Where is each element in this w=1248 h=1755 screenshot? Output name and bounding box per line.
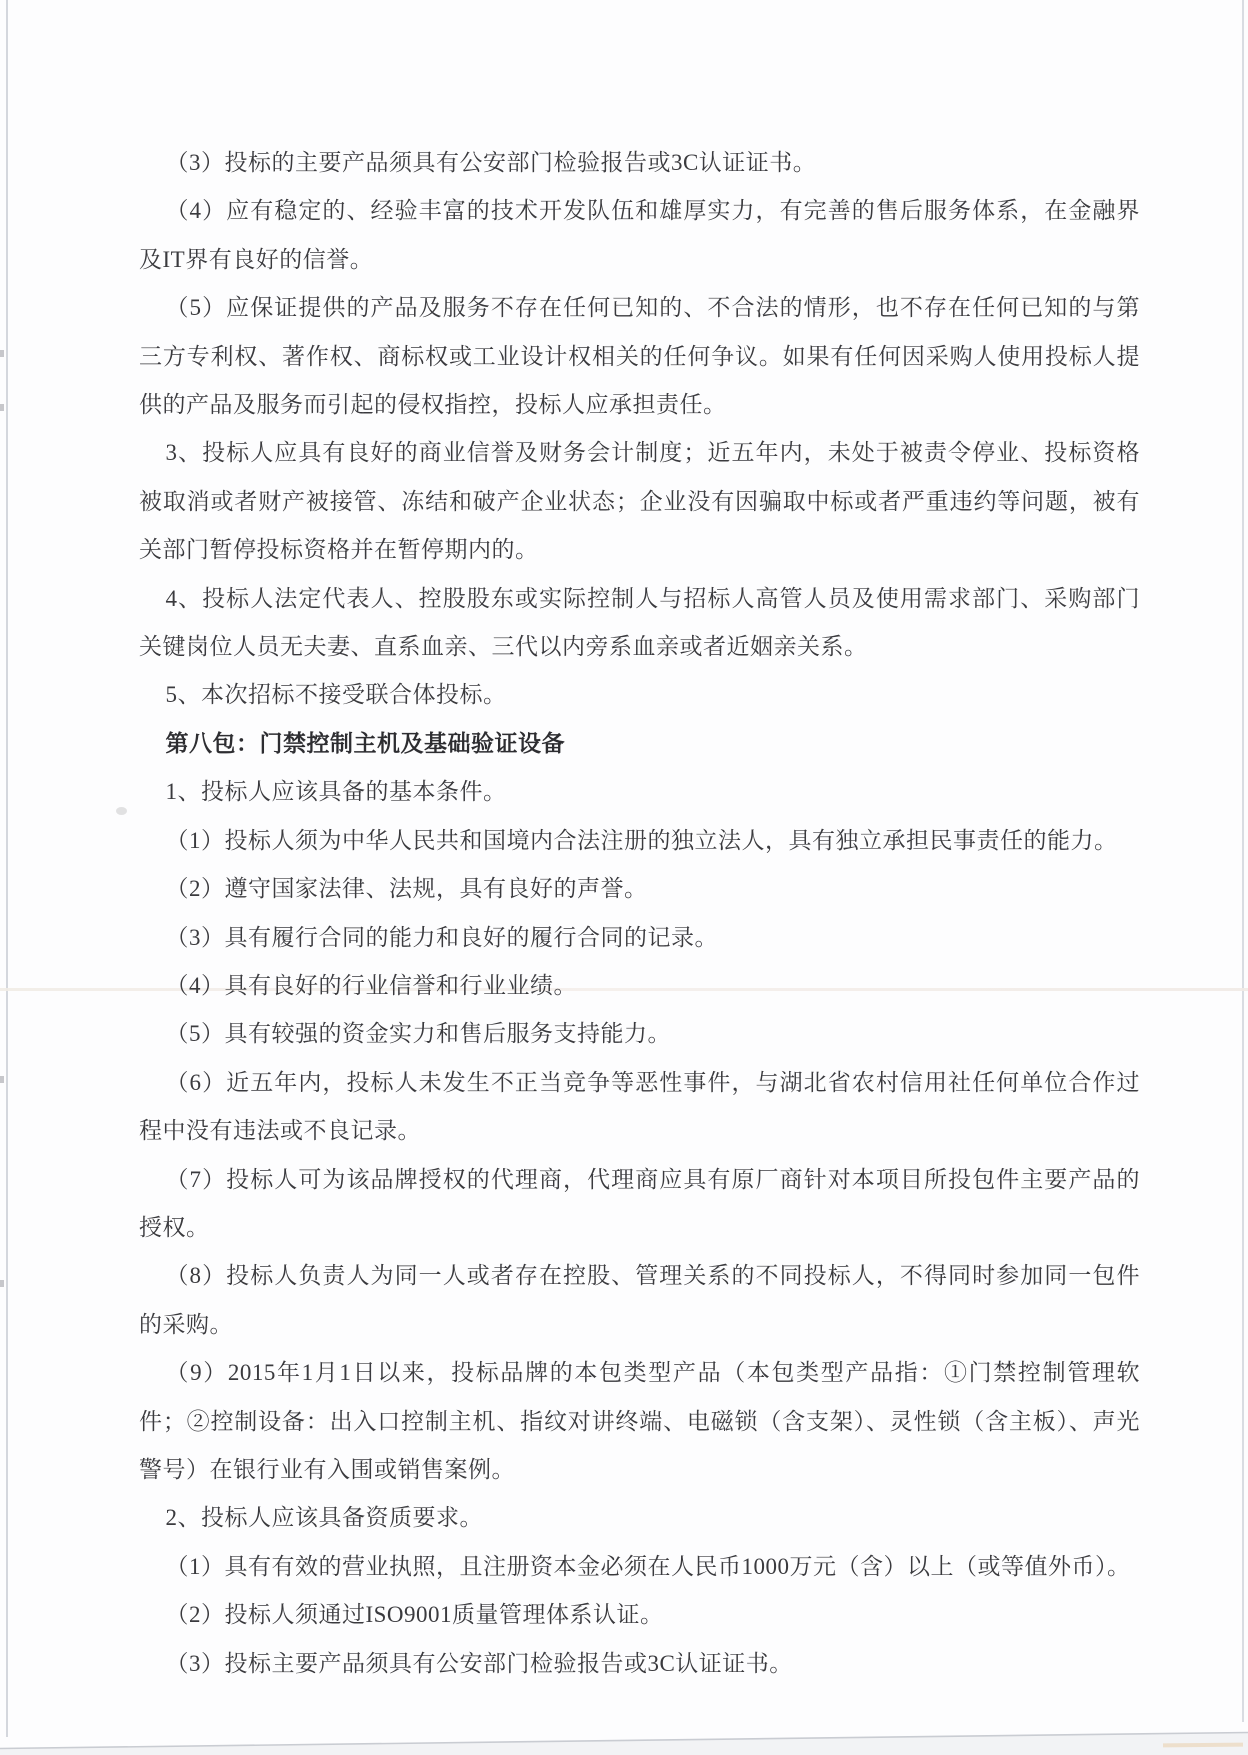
paragraph: 5、本次招标不接受联合体投标。 — [139, 671, 1140, 719]
paragraph: （7）投标人可为该品牌授权的代理商，代理商应具有原厂商针对本项目所投包件主要产品… — [139, 1156, 1140, 1253]
paragraph: （4）具有良好的行业信誉和行业业绩。 — [139, 962, 1140, 1010]
scan-edge-tick — [0, 1076, 4, 1083]
paragraph: 3、投标人应具有良好的商业信誉及财务会计制度；近五年内，未处于被责令停业、投标资… — [139, 429, 1140, 574]
paragraph: （8）投标人负责人为同一人或者存在控股、管理关系的不同投标人，不得同时参加同一包… — [139, 1252, 1140, 1349]
paragraph: （6）近五年内，投标人未发生不正当竞争等恶性事件，与湖北省农村信用社任何单位合作… — [139, 1059, 1140, 1156]
paragraph: 2、投标人应该具备资质要求。 — [139, 1494, 1140, 1542]
scan-edge-tick — [0, 1280, 4, 1287]
page-bottom-edge — [0, 1713, 1248, 1755]
paragraph: （4）应有稳定的、经验丰富的技术开发队伍和雄厚实力，有完善的售后服务体系，在金融… — [139, 187, 1140, 284]
scan-edge-tick — [0, 404, 4, 411]
paragraph: （3）具有履行合同的能力和良好的履行合同的记录。 — [139, 914, 1140, 962]
paragraph: （5）具有较强的资金实力和售后服务支持能力。 — [139, 1010, 1140, 1058]
section-heading: 第八包：门禁控制主机及基础验证设备 — [139, 720, 1140, 768]
document-page: （3）投标的主要产品须具有公安部门检验报告或3C认证证书。（4）应有稳定的、经验… — [0, 0, 1248, 1755]
page-right-edge-line — [1242, 0, 1244, 1722]
paragraph: （3）投标的主要产品须具有公安部门检验报告或3C认证证书。 — [139, 139, 1140, 187]
paragraph: 1、投标人应该具备的基本条件。 — [139, 768, 1140, 816]
scan-edge-tick — [0, 350, 4, 357]
paragraph: （2）投标人须通过ISO9001质量管理体系认证。 — [139, 1591, 1140, 1639]
paragraph: 4、投标人法定代表人、控股股东或实际控制人与招标人高管人员及使用需求部门、采购部… — [139, 575, 1140, 672]
paragraph: （9）2015年1月1日以来，投标品牌的本包类型产品（本包类型产品指：①门禁控制… — [139, 1349, 1140, 1494]
paragraph: （1）具有有效的营业执照，且注册资本金必须在人民币1000万元（含）以上（或等值… — [139, 1543, 1140, 1591]
document-body: （3）投标的主要产品须具有公安部门检验报告或3C认证证书。（4）应有稳定的、经验… — [139, 139, 1140, 1688]
paragraph: （3）投标主要产品须具有公安部门检验报告或3C认证证书。 — [139, 1640, 1140, 1688]
paragraph: （5）应保证提供的产品及服务不存在任何已知的、不合法的情形，也不存在任何已知的与… — [139, 284, 1140, 429]
paragraph: （2）遵守国家法律、法规，具有良好的声誉。 — [139, 865, 1140, 913]
paragraph: （1）投标人须为中华人民共和国境内合法注册的独立法人，具有独立承担民事责任的能力… — [139, 817, 1140, 865]
scan-speckle-artifact — [116, 807, 127, 815]
page-left-edge-line — [6, 0, 8, 1737]
